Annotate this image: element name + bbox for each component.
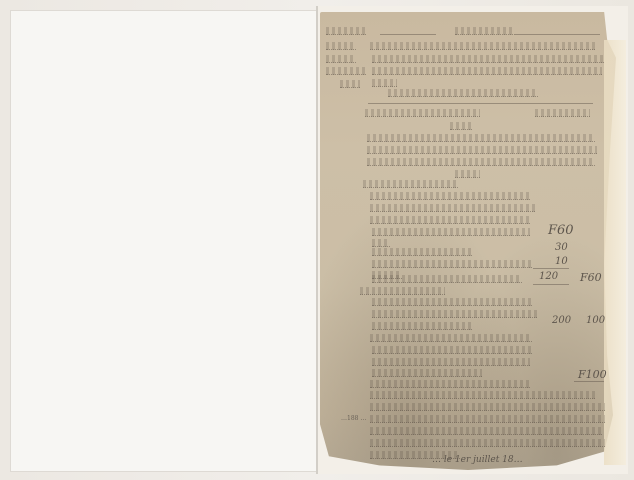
date-line: … le 1er juillet 18… [432,455,523,465]
closing-line [370,403,605,411]
entry-line [370,192,530,200]
note-line [372,369,482,377]
header-rule [515,34,600,35]
total-label-line [370,380,530,388]
sub-heading [450,122,472,130]
entry-line [370,216,530,224]
note-line [372,358,530,366]
margin-note-line [326,42,356,50]
subtotal-underline [533,284,569,285]
section-heading-right [535,109,590,117]
entry-line [370,204,535,212]
amount-ordinary-right: 100 [586,315,605,326]
entry-line [372,310,537,318]
header-handwritten-line [370,42,595,50]
sub-heading [455,170,480,178]
paragraph-line [367,134,595,142]
final-total-rule [574,381,604,382]
entry-line [372,228,530,236]
translucent-paper-edge [604,40,626,465]
note-line [372,346,532,354]
header-handwritten-line [372,67,602,75]
entry-line [372,298,532,306]
closing-line [370,391,595,399]
paragraph-line [367,158,595,166]
header-rule [380,34,436,35]
amount-entry-2: 30 [555,242,568,253]
margin-note-line [340,80,360,88]
section-1-title [363,180,458,188]
entry-line [372,322,472,330]
entry-line [372,248,472,256]
entry-line [372,260,532,268]
header-handwritten-line [372,79,397,87]
amount-entry-1: F60 [548,223,574,238]
margin-note-line [326,67,366,75]
header-text [455,27,515,35]
header-margin-text [326,27,366,35]
blank-left-page [10,10,318,472]
header-handwritten-line [372,55,604,63]
manuscript-page [320,12,616,470]
section-divider [368,103,593,104]
subtotal-rule [533,268,569,269]
section-heading [365,109,480,117]
margin-note-line [326,55,356,63]
amount-ordinary-left: 200 [552,315,571,326]
paragraph-line [367,146,597,154]
amount-entry-3: 10 [555,256,568,267]
closing-line [370,439,605,447]
final-total-amount: F100 [578,368,607,381]
entry-line [372,239,390,247]
note-line [370,334,532,342]
subtotal-amount: 120 [539,271,558,282]
margin-stamp: …188 … [341,415,366,422]
closing-line [370,415,605,423]
closing-line [370,427,602,435]
subtotal-carried-amount: F60 [580,271,602,284]
subtotal-label [372,275,522,283]
header-handwritten-line [388,89,538,97]
section-2-title [360,287,445,295]
